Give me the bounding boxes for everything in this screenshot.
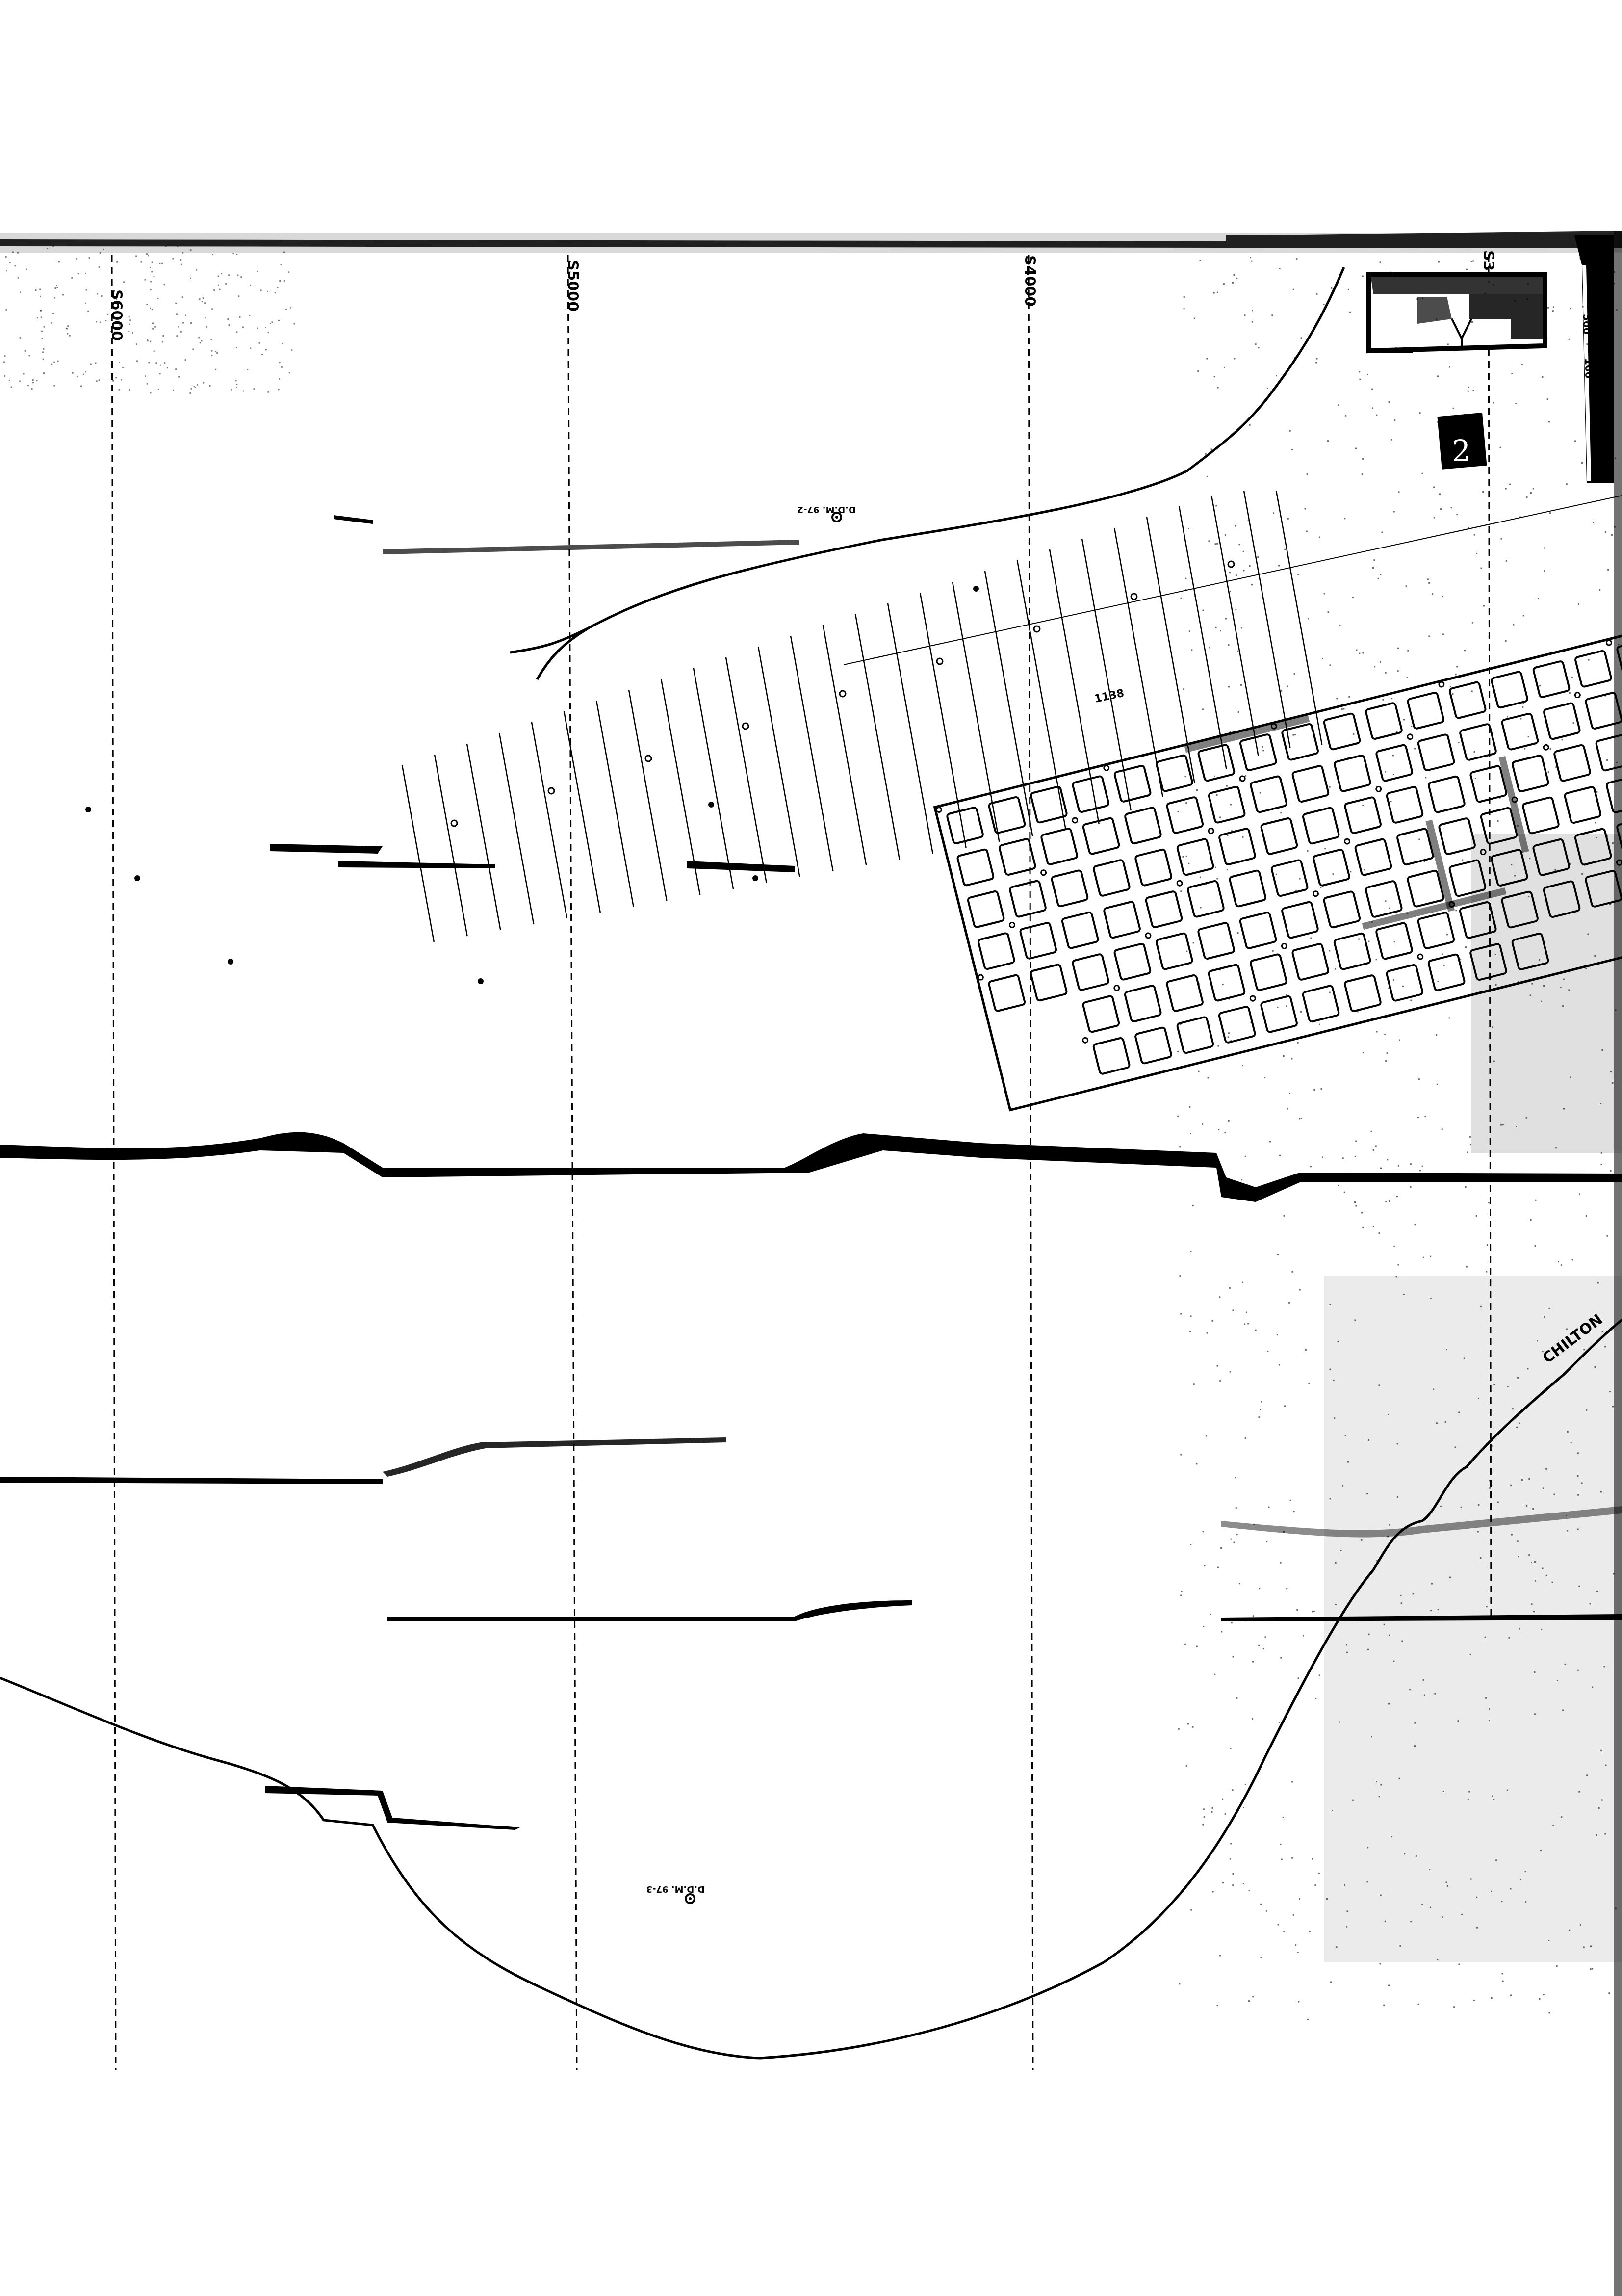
scale-value: 500 bbox=[1581, 314, 1593, 335]
shoreline-upper bbox=[510, 267, 1344, 679]
benchmark-label: D.D.M. 97-2 bbox=[797, 504, 856, 515]
grid-label: S4000 bbox=[1021, 255, 1038, 307]
inset-panel bbox=[1368, 275, 1545, 353]
scale-value: 100 bbox=[1583, 358, 1595, 379]
subdivision-boundary bbox=[844, 496, 1622, 665]
benchmark-label: D.D.M. 97-3 bbox=[646, 1884, 705, 1894]
grid-label: S6000 bbox=[108, 289, 125, 341]
benchmark-97-2: D.D.M. 97-2 bbox=[797, 504, 856, 522]
survey-map: S6000 S5000 S4000 S3000 CHILTON D.D.M. 9… bbox=[0, 0, 1622, 2296]
sheet-marker-number: 2 bbox=[1452, 434, 1470, 469]
grid-label: S5000 bbox=[564, 260, 581, 312]
grid-label-group: S6000 S5000 S4000 S3000 bbox=[108, 250, 1497, 341]
benchmark-97-3: D.D.M. 97-3 bbox=[646, 1884, 705, 1903]
sheet-marker: 2 bbox=[1437, 413, 1487, 470]
scale-bar: 500 100 bbox=[1574, 235, 1614, 483]
sheet-top-edge bbox=[0, 231, 1622, 253]
tract-label: 1138 bbox=[1093, 687, 1125, 705]
sheet-right-edge bbox=[1324, 231, 1622, 2296]
